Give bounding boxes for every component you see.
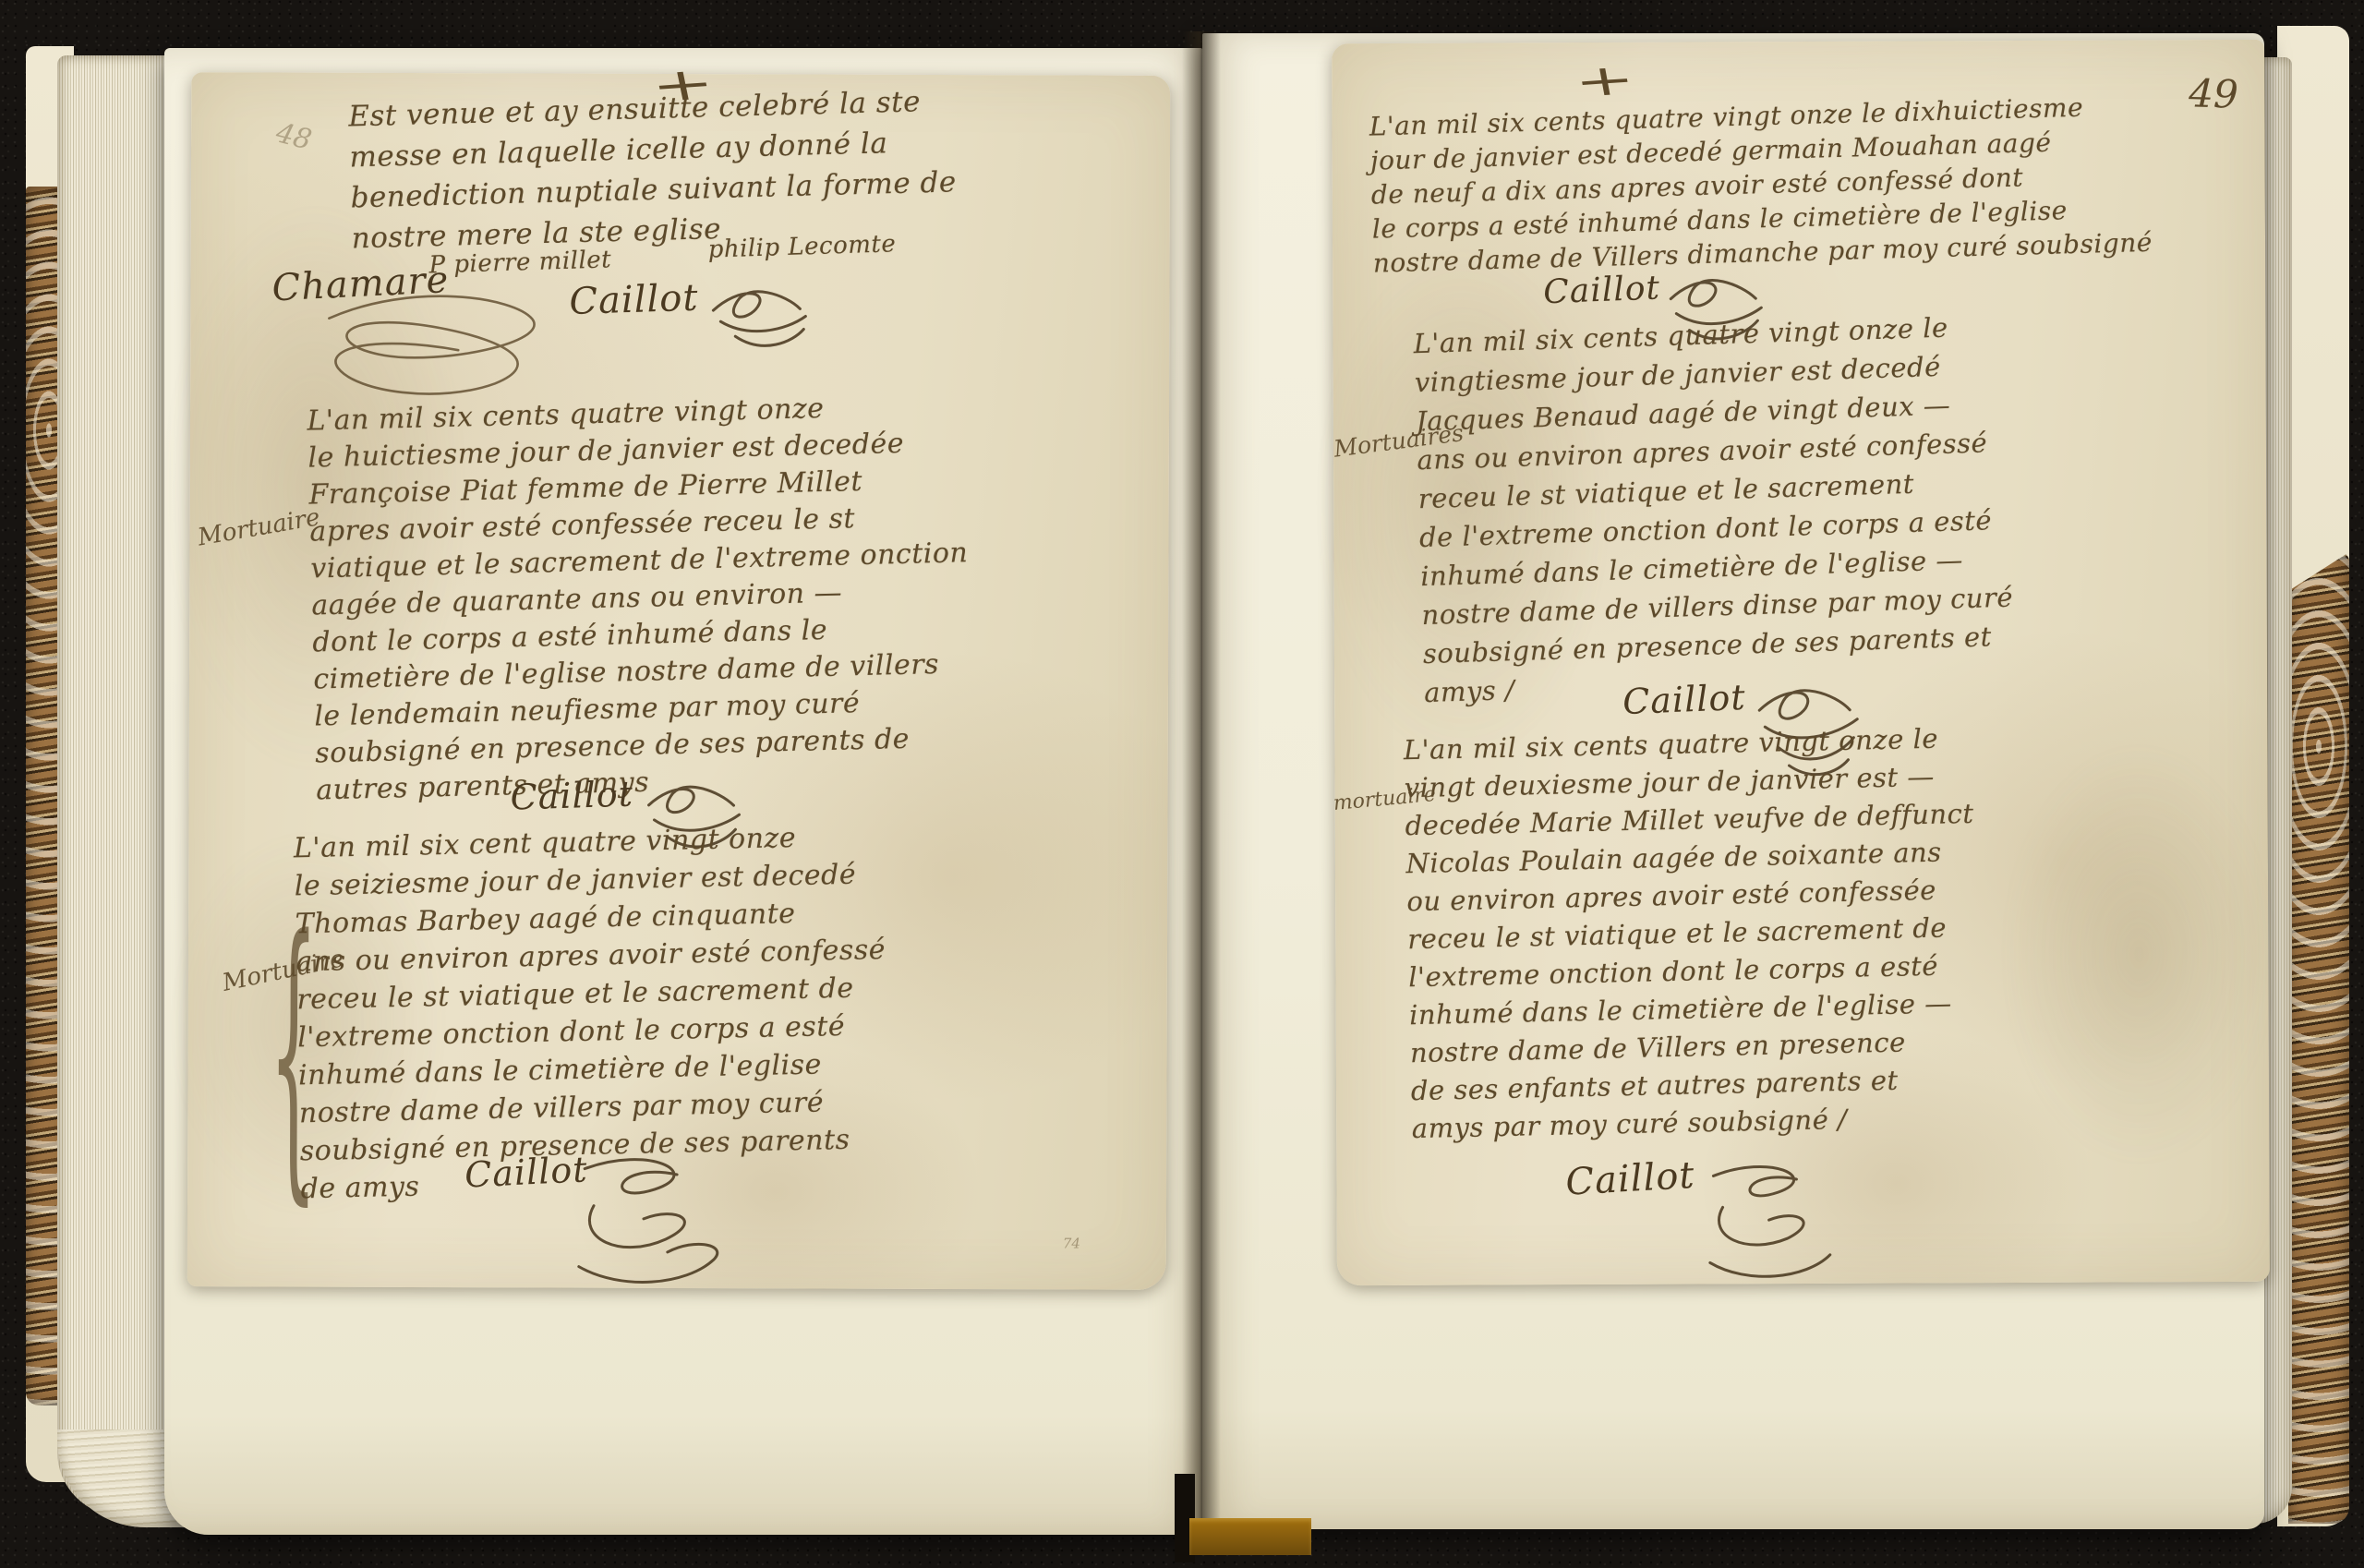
left-manuscript-leaf: 48 + Est venue et ay ensuitte celebré la…: [187, 72, 1171, 1290]
right-marbled-cover: [2288, 552, 2349, 1524]
ink-showthrough: [1999, 742, 2278, 1167]
right-manuscript-leaf: + 49 L'an mil six cents quatre vingt onz…: [1332, 40, 2270, 1285]
left-fore-edge-page-block: [57, 55, 175, 1516]
witness-name: P pierre millet: [428, 246, 611, 279]
signature-caillot: Caillot: [1564, 1154, 1695, 1204]
entry-text-burial-thomas-barbey: L'an mil six cent quatre vingt onze le s…: [294, 817, 891, 1208]
witness-name: philip Lecomte: [707, 230, 896, 263]
folio-number: 49: [2189, 70, 2239, 117]
photograph-stage: 48 + Est venue et ay ensuitte celebré la…: [0, 0, 2364, 1568]
caillot-large-paraph-icon: [1698, 1159, 1865, 1289]
signature-caillot: Caillot: [569, 277, 699, 323]
entry-text-burial-francoise-piat: L'an mil six cents quatre vingt onze le …: [307, 387, 974, 809]
bottom-board-strip: [1189, 1518, 1311, 1555]
caillot-paraph-icon: [707, 284, 827, 364]
caillot-large-paraph-icon: [566, 1152, 761, 1292]
entry-text-burial-germain: L'an mil six cents quatre vingt onze le …: [1369, 89, 2153, 281]
entry-text-burial-jacques-benaud: L'an mil six cents quatre vingt onze le …: [1413, 307, 2016, 712]
faint-corner-mark: 74: [1063, 1235, 1080, 1251]
signature-caillot: Caillot: [510, 774, 634, 818]
faint-folio-number: 48: [272, 116, 315, 156]
cross-mark: +: [1570, 54, 1639, 107]
signature-caillot: Caillot: [1542, 269, 1660, 311]
book-gutter-shadow: [1182, 31, 1221, 1535]
signature-caillot: Caillot: [1622, 677, 1746, 722]
chamare-flourish-icon: [301, 291, 587, 412]
entry-text-burial-marie-millet: L'an mil six cents quatre vingt onze le …: [1403, 719, 1981, 1148]
